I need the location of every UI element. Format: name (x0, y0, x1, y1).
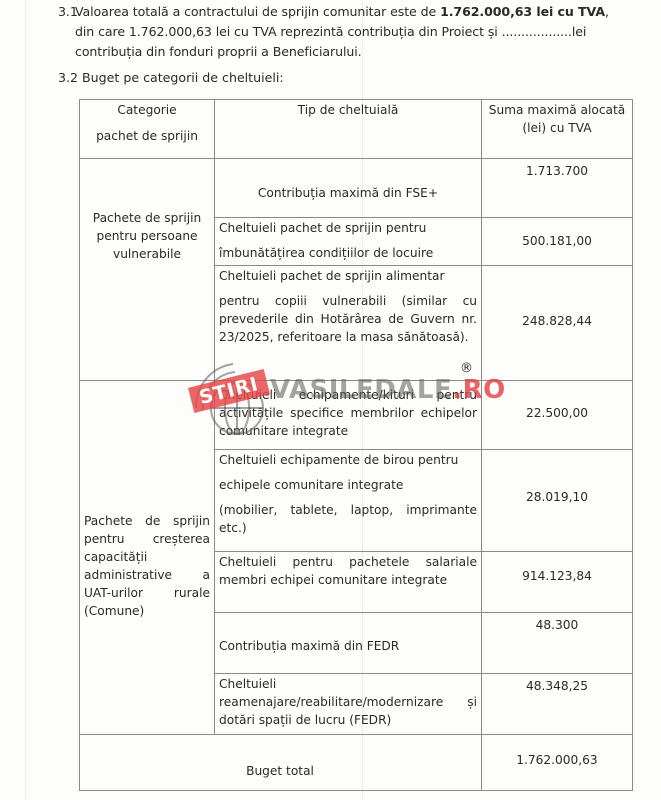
total-amount: 1.762.000,63 (482, 751, 632, 769)
category-vulnerable-persons: Pachete de sprijin pentru persoane vulne… (84, 209, 210, 263)
page-fold-line (25, 0, 26, 800)
header-amount: Suma maximă alocată (lei) cu TVA (482, 101, 632, 137)
row-salaries-amount: 914.123,84 (482, 567, 632, 585)
row-salaries-type: Cheltuieli pentru pachetele salariale me… (219, 553, 477, 589)
row-fedr-contribution-amount: 48.300 (482, 616, 632, 634)
section-3-2-heading: 3.2 Buget pe categorii de cheltuieli: (58, 69, 284, 87)
total-value: 1.762.000,63 lei cu TVA (440, 4, 605, 19)
row-housing-amount: 500.181,00 (482, 232, 632, 250)
row-fse-contribution-type: Contribuția maximă din FSE+ (215, 184, 481, 202)
header-expense-type: Tip de cheltuială (215, 101, 481, 119)
total-label: Buget total (80, 762, 480, 780)
section-number: 3.1 (58, 2, 75, 22)
row-kits-type: Cheltuieli echipamente/kituri pentru act… (219, 386, 477, 440)
row-food-amount: 248.828,44 (482, 312, 632, 330)
registered-mark: ® (460, 361, 473, 376)
header-category: Categorie pachet de sprijin (80, 101, 214, 145)
category-admin-capacity: Pachete de sprijin pentru creșterea capa… (84, 512, 210, 620)
row-housing-type: Cheltuieli pachet de sprijin pentru îmbu… (219, 219, 477, 262)
row-renovation-type: Cheltuieli reamenajare/reabilitare/moder… (219, 675, 477, 729)
row-renovation-amount: 48.348,25 (482, 677, 632, 695)
row-food-type: Cheltuieli pachet de sprijin alimentar p… (219, 267, 477, 346)
row-kits-amount: 22.500,00 (482, 404, 632, 422)
row-fse-contribution-amount: 1.713.700 (482, 162, 632, 180)
row-office-amount: 28.019,10 (482, 488, 632, 506)
row-office-type: Cheltuieli echipamente de birou pentru e… (219, 451, 477, 537)
section-3-1: 3.1Valoarea totală a contractului de spr… (58, 2, 638, 62)
row-fedr-contribution-type: Contribuția maximă din FEDR (219, 637, 477, 655)
